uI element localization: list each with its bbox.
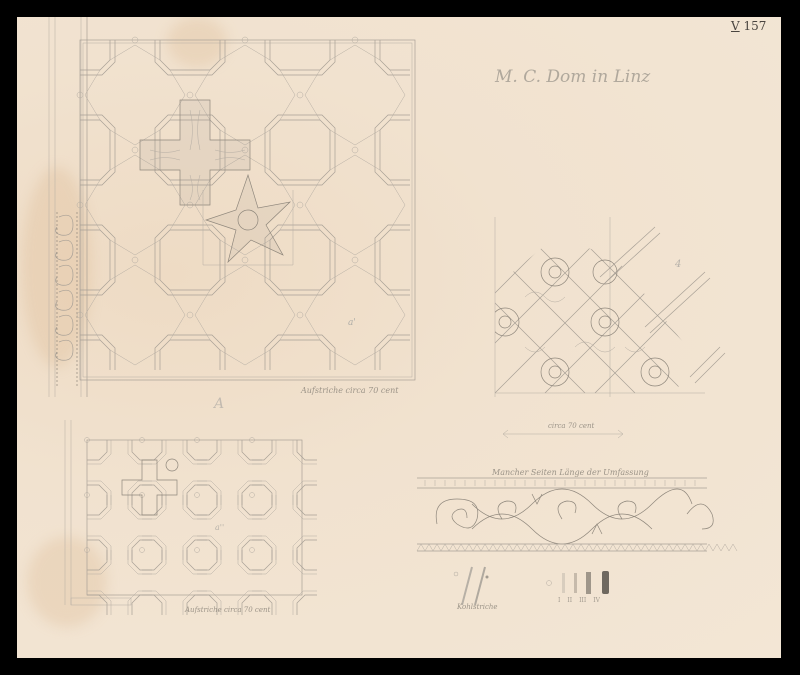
ornamented-cross xyxy=(140,100,250,205)
scale-note-tile: circa 70 cent xyxy=(545,422,597,430)
inventory-number: V 157 xyxy=(731,19,766,33)
stroke-label: Kohlstriche xyxy=(457,603,498,611)
scale-arrow xyxy=(503,429,623,439)
mark-a-prime: a' xyxy=(348,318,356,328)
drawing-title: M. C. Dom in Linz xyxy=(495,67,650,87)
scale-note-small: Aufstriche circa 70 cent xyxy=(185,606,270,614)
small-ceiling-pattern: a'' xyxy=(65,420,325,605)
grade-label: I xyxy=(558,597,560,604)
letter-a: A xyxy=(214,396,224,412)
inventory-roman: V xyxy=(731,19,740,33)
stroke-grade-labels: I II III IV xyxy=(558,597,600,604)
diagonal-tile-field: 4 xyxy=(495,217,715,417)
large-ceiling-pattern: a' xyxy=(80,40,420,385)
scale-note-large: Aufstriche circa 70 cent xyxy=(301,386,398,395)
grade-label: IV xyxy=(593,597,600,604)
mark-4: 4 xyxy=(674,259,681,270)
border-frieze xyxy=(417,474,717,554)
mark-a-double-prime: a'' xyxy=(215,523,224,532)
ornamented-star-tile xyxy=(203,175,293,265)
grade-label: II xyxy=(567,597,572,604)
inventory-digits: 157 xyxy=(744,19,767,33)
grade-label: III xyxy=(579,597,586,604)
paper-sheet: V 157 M. C. Dom in Linz xyxy=(17,17,781,658)
